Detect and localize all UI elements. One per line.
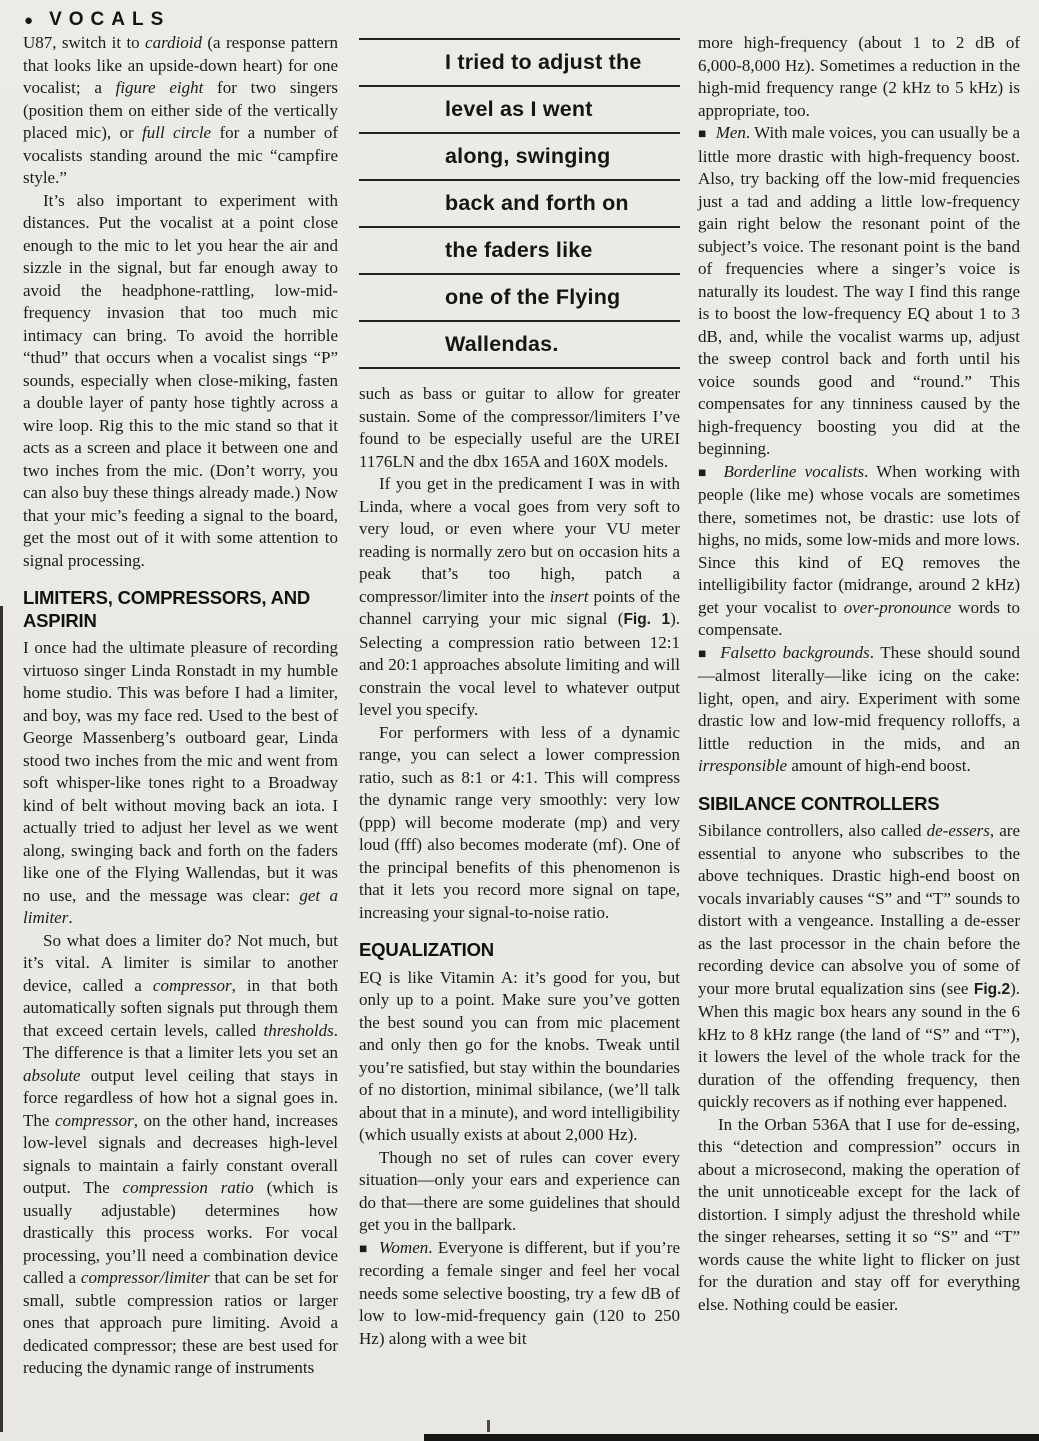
text-run: It’s also important to experiment with d… [23,191,338,570]
paragraph: If you get in the predicament I was in w… [359,473,680,722]
bullet-square-icon: ■ [698,126,716,141]
scan-left-edge-artifact [0,606,3,1432]
scan-bottom-edge-artifact [424,1434,1039,1441]
pull-quote-line: one of the Flying [359,273,680,320]
bullet-paragraph: ■ Men. With male voices, you can usually… [698,122,1020,461]
text-run: U87, switch it to [23,33,145,52]
paragraph: For performers with less of a dynamic ra… [359,722,680,925]
magazine-page: ● VOCALS U87, switch it to cardioid (a r… [0,0,1039,1441]
text-run: Though no set of rules can cover every s… [359,1148,680,1235]
pull-quote-line: the faders like [359,226,680,273]
text-run: figure eight [116,78,204,97]
text-run: In the Orban 536A that I use for de-essi… [698,1115,1020,1314]
article-column-2: I tried to adjust thelevel as I wentalon… [359,32,680,1350]
bullet-square-icon: ■ [359,1241,379,1256]
paragraph: So what does a limiter do? Not much, but… [23,930,338,1380]
section-heading: EQUALIZATION [359,939,680,962]
paragraph: U87, switch it to cardioid (a response p… [23,32,338,190]
article-column-1: U87, switch it to cardioid (a response p… [23,32,338,1380]
pull-quote-line: back and forth on [359,179,680,226]
paragraph: such as bass or guitar to allow for grea… [359,383,680,473]
paragraph: It’s also important to experiment with d… [23,190,338,573]
text-run: cardioid [145,33,202,52]
text-run: I once had the ultimate pleasure of reco… [23,638,338,905]
text-run: over-pronounce [844,598,952,617]
text-run: EQ is like Vitamin A: it’s good for you,… [359,968,680,1145]
text-run: Borderline vocalists [723,462,864,481]
text-run: insert [550,587,589,606]
text-run: thresholds [264,1021,334,1040]
paragraph: more high-frequency (about 1 to 2 dB of … [698,32,1020,122]
bullet-paragraph: ■ Falsetto backgrounds. These should sou… [698,642,1020,778]
text-run: Fig. 1 [623,611,670,628]
text-run: irresponsible [698,756,787,775]
text-run: compressor [153,976,232,995]
text-run: compressor/limiter [81,1268,210,1287]
scan-tick-artifact [487,1420,490,1432]
bullet-paragraph: ■ Women. Everyone is different, but if y… [359,1237,680,1351]
paragraph: Sibilance controllers, also called de-es… [698,820,1020,1114]
paragraph: EQ is like Vitamin A: it’s good for you,… [359,967,680,1147]
pull-quote-line: level as I went [359,85,680,132]
text-run: absolute [23,1066,81,1085]
text-run: amount of high-end boost. [787,756,971,775]
section-kicker: ● VOCALS [24,9,170,31]
article-column-3: more high-frequency (about 1 to 2 dB of … [698,32,1020,1316]
paragraph: I once had the ultimate pleasure of reco… [23,637,338,930]
pull-quote-line: I tried to adjust the [359,38,680,85]
text-run: de-essers [927,821,990,840]
bullet-paragraph: ■ Borderline vocalists. When working wit… [698,461,1020,642]
paragraph: Though no set of rules can cover every s… [359,1147,680,1237]
pull-quote-rule [359,367,680,369]
text-run: . With male voices, you can usually be a… [698,123,1020,458]
text-run: Women [379,1238,428,1257]
text-run: . When working with people (like me) who… [698,462,1020,617]
bullet-square-icon: ■ [698,465,723,480]
text-run: Fig.2 [974,981,1010,998]
text-run: such as bass or guitar to allow for grea… [359,384,680,471]
section-heading: LIMITERS, COMPRESSORS, AND ASPIRIN [23,587,338,632]
text-run: Falsetto backgrounds [720,643,870,662]
text-run: compression ratio [123,1178,254,1197]
text-run: Sibilance controllers, also called [698,821,927,840]
pull-quote-line: Wallendas. [359,320,680,367]
pull-quote: I tried to adjust thelevel as I wentalon… [359,38,680,369]
text-run: Men [716,123,746,142]
section-label: VOCALS [49,9,170,31]
paragraph: In the Orban 536A that I use for de-essi… [698,1114,1020,1317]
bullet-square-icon: ■ [698,646,720,661]
pull-quote-line: along, swinging [359,132,680,179]
text-run: . [68,908,72,927]
section-heading: SIBILANCE CONTROLLERS [698,793,1020,816]
text-run: more high-frequency (about 1 to 2 dB of … [698,33,1020,120]
section-bullet-icon: ● [24,12,33,29]
text-run: compressor [55,1111,134,1130]
text-run: full circle [142,123,211,142]
text-run: , are essential to anyone who subscribes… [698,821,1020,998]
text-run: For performers with less of a dynamic ra… [359,723,680,922]
text-run: ). When this magic box hears any sound i… [698,979,1020,1112]
